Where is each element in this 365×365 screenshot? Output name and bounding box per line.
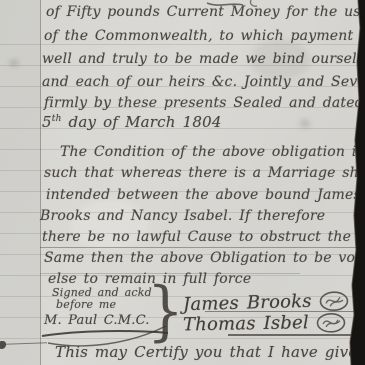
document-line: and each of our heirs &c. Jointly and Se… <box>42 75 365 89</box>
signature-name: James Brooks <box>183 293 312 314</box>
document-line: firmly by these presents Sealed and date… <box>44 96 365 110</box>
document-line: there be no lawful Cause to obstruct the <box>42 230 351 244</box>
torn-edge <box>345 0 365 365</box>
rule-segment <box>40 247 365 248</box>
document-line: intended between the above bound James <box>46 188 361 202</box>
brace-icon: } <box>147 278 184 343</box>
date-line: 5th day of March 1804 <box>42 115 222 130</box>
signature-row: Thomas Isbel <box>183 312 347 337</box>
fold-line <box>40 0 41 365</box>
document-line: The Condition of the above obligation is <box>60 145 364 159</box>
footer-line: This may Certify you that I have given <box>55 345 365 360</box>
signature-name: Thomas Isbel <box>183 314 309 334</box>
document-line: of Fifty pounds Current Money for the us… <box>46 5 365 19</box>
seal-icon <box>315 312 347 335</box>
document-line: Same then the above Obligation to be voi… <box>44 251 365 265</box>
manuscript-page: of Fifty pounds Current Money for the us… <box>0 0 365 365</box>
paper-stain <box>300 120 310 127</box>
date-day: 5 <box>42 113 52 131</box>
clerk-signature: M. Paul C.M.C. <box>44 314 150 327</box>
left-margin <box>0 0 40 365</box>
document-line: well and truly to be made we bind oursel… <box>42 52 365 66</box>
attestation-line: before me <box>56 299 116 310</box>
attestation-line: Signed and ackd <box>52 287 152 298</box>
date-rest: day of March 1804 <box>62 113 222 131</box>
document-line: Brooks and Nancy Isabel. If therefore <box>40 209 325 223</box>
document-line: of the Commonwealth, to which payment <box>44 29 353 43</box>
document-line: such that whereas there is a Marriage sh… <box>44 166 365 180</box>
date-suffix: th <box>52 114 62 124</box>
